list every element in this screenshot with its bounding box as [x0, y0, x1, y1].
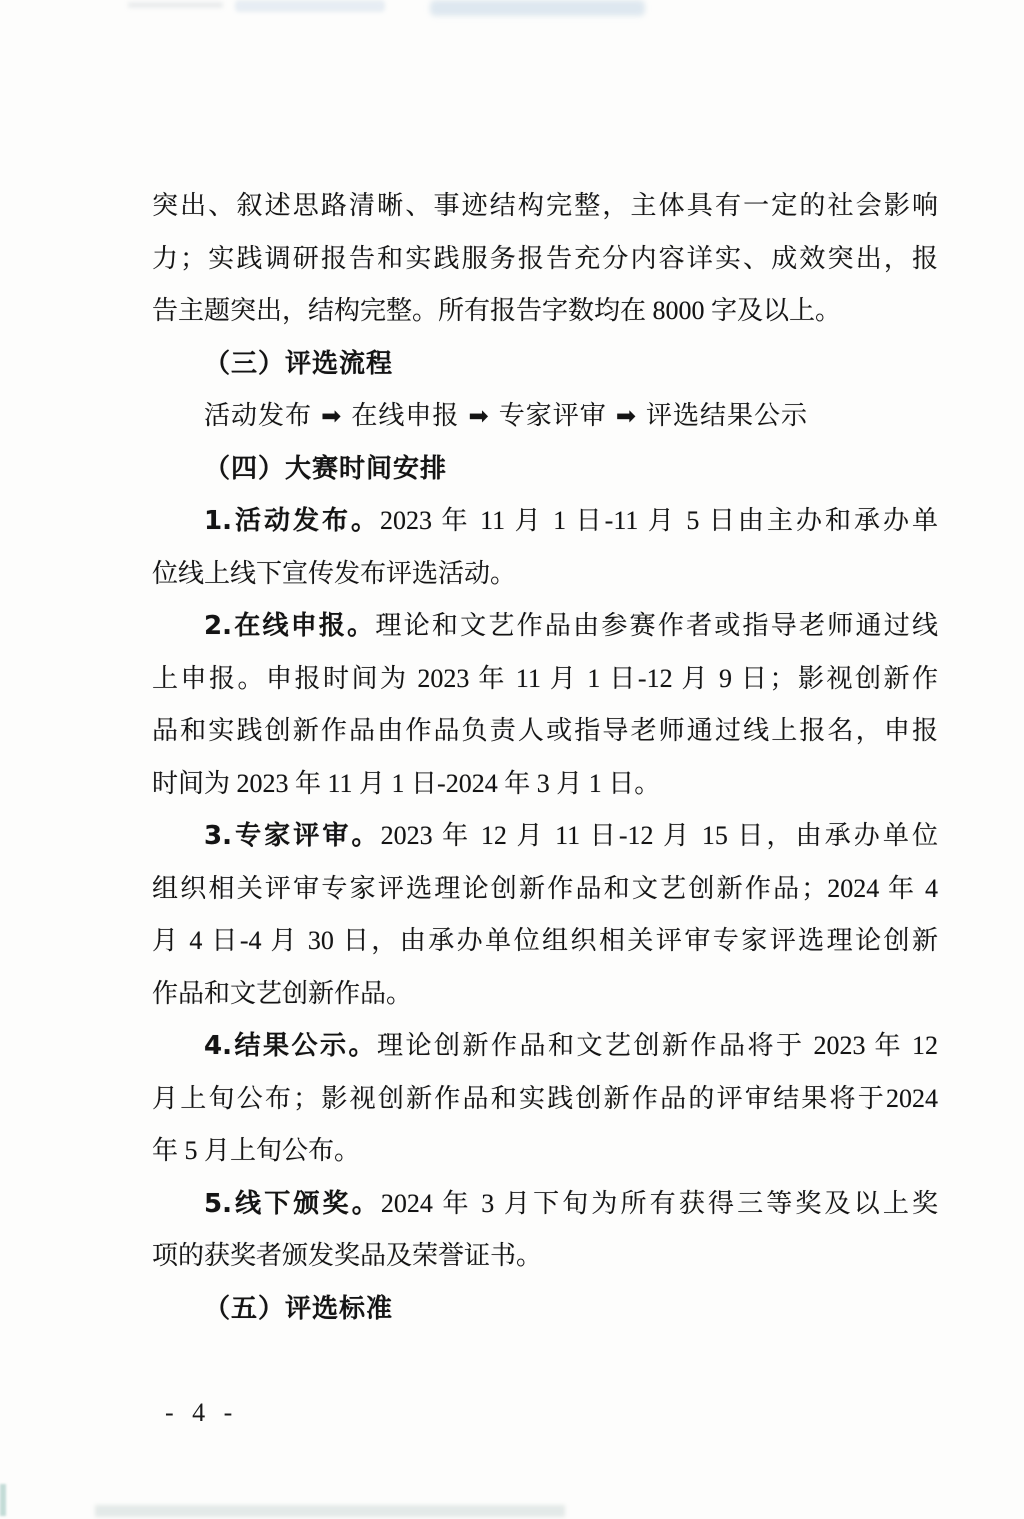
body-text: 告主题突出，结构完整。所有报告字数均在 8000 字及以上。 — [152, 296, 841, 325]
body-line: 5.线下颁奖。2024 年 3 月下旬为所有获得三等奖及以上奖 — [152, 1178, 938, 1231]
body-text: 位线上线下宣传发布评选活动。 — [152, 559, 516, 588]
item-number-lead: 5.线下颁奖。 — [204, 1189, 381, 1219]
selection-process-flow: 活动发布➡在线申报➡专家评审➡评选结果公示 — [152, 390, 938, 443]
body-line: 力；实践调研报告和实践服务报告充分内容详实、成效突出，报 — [152, 233, 938, 286]
item-number-lead: 3.专家评审。 — [204, 821, 381, 851]
arrow-right-icon: ➡ — [468, 402, 489, 430]
heading-section-5: （五）评选标准 — [152, 1283, 938, 1336]
scan-artifact-top — [430, 0, 645, 16]
heading-section-3: （三）评选流程 — [152, 338, 938, 391]
scan-artifact-bottom — [95, 1505, 565, 1517]
body-text: 月上旬公布；影视创新作品和实践创新作品的评审结果将于2024 — [152, 1084, 938, 1113]
body-line: 4.结果公示。理论创新作品和文艺创新作品将于 2023 年 12 — [152, 1020, 938, 1073]
body-line: 时间为 2023 年 11 月 1 日-2024 年 3 月 1 日。 — [152, 758, 938, 811]
body-text: 2024 年 3 月下旬为所有获得三等奖及以上奖 — [381, 1189, 938, 1218]
scan-artifact-top — [128, 2, 223, 8]
body-text: 时间为 2023 年 11 月 1 日-2024 年 3 月 1 日。 — [152, 769, 660, 798]
body-line: 月 4 日-4 月 30 日，由承办单位组织相关评审专家评选理论创新 — [152, 915, 938, 968]
body-text: 上申报。申报时间为 2023 年 11 月 1 日-12 月 9 日；影视创新作 — [152, 664, 938, 693]
flow-step: 专家评审 — [499, 401, 607, 430]
body-text: 项的获奖者颁发奖品及荣誉证书。 — [152, 1241, 542, 1270]
flow-step: 在线申报 — [351, 401, 459, 430]
body-line: 作品和文艺创新作品。 — [152, 968, 938, 1021]
item-number-lead: 4.结果公示。 — [204, 1031, 377, 1061]
heading-text: （五）评选标准 — [204, 1294, 393, 1324]
item-number-lead: 1.活动发布。 — [204, 506, 380, 536]
document-page: 突出、叙述思路清晰、事迹结构完整，主体具有一定的社会影响 力；实践调研报告和实践… — [0, 0, 1024, 1519]
body-line: 3.专家评审。2023 年 12 月 11 日-12 月 15 日，由承办单位 — [152, 810, 938, 863]
arrow-right-icon: ➡ — [321, 402, 342, 430]
document-body: 突出、叙述思路清晰、事迹结构完整，主体具有一定的社会影响 力；实践调研报告和实践… — [152, 180, 938, 1335]
body-line: 上申报。申报时间为 2023 年 11 月 1 日-12 月 9 日；影视创新作 — [152, 653, 938, 706]
body-line: 项的获奖者颁发奖品及荣誉证书。 — [152, 1230, 938, 1283]
body-line: 2.在线申报。理论和文艺作品由参赛作者或指导老师通过线 — [152, 600, 938, 653]
body-text: 突出、叙述思路清晰、事迹结构完整，主体具有一定的社会影响 — [152, 191, 938, 220]
arrow-right-icon: ➡ — [616, 402, 637, 430]
body-text: 组织相关评审专家评选理论创新作品和文艺创新作品；2024 年 4 — [152, 874, 938, 903]
body-text: 理论创新作品和文艺创新作品将于 2023 年 12 — [377, 1031, 938, 1060]
body-line: 年 5 月上旬公布。 — [152, 1125, 938, 1178]
scan-artifact-top — [235, 0, 385, 12]
body-line: 突出、叙述思路清晰、事迹结构完整，主体具有一定的社会影响 — [152, 180, 938, 233]
body-text: 2023 年 12 月 11 日-12 月 15 日，由承办单位 — [381, 821, 938, 850]
body-line: 位线上线下宣传发布评选活动。 — [152, 548, 938, 601]
body-text: 作品和文艺创新作品。 — [152, 979, 412, 1008]
body-text: 品和实践创新作品由作品负责人或指导老师通过线上报名，申报 — [152, 716, 938, 745]
scan-artifact-bottom — [0, 1484, 6, 1516]
body-text: 理论和文艺作品由参赛作者或指导老师通过线 — [375, 611, 938, 640]
heading-text: （四）大赛时间安排 — [204, 454, 447, 484]
body-line: 1.活动发布。2023 年 11 月 1 日-11 月 5 日由主办和承办单 — [152, 495, 938, 548]
item-number-lead: 2.在线申报。 — [204, 611, 375, 641]
body-text: 力；实践调研报告和实践服务报告充分内容详实、成效突出，报 — [152, 244, 938, 273]
heading-section-4: （四）大赛时间安排 — [152, 443, 938, 496]
body-text: 月 4 日-4 月 30 日，由承办单位组织相关评审专家评选理论创新 — [152, 926, 938, 955]
flow-step: 活动发布 — [204, 401, 312, 430]
body-text: 2023 年 11 月 1 日-11 月 5 日由主办和承办单 — [380, 506, 938, 535]
page-number: - 4 - — [165, 1398, 238, 1428]
body-line: 月上旬公布；影视创新作品和实践创新作品的评审结果将于2024 — [152, 1073, 938, 1126]
body-line: 品和实践创新作品由作品负责人或指导老师通过线上报名，申报 — [152, 705, 938, 758]
flow-step: 评选结果公示 — [646, 401, 808, 430]
heading-text: （三）评选流程 — [204, 349, 393, 379]
body-text: 年 5 月上旬公布。 — [152, 1136, 360, 1165]
body-line: 组织相关评审专家评选理论创新作品和文艺创新作品；2024 年 4 — [152, 863, 938, 916]
body-line: 告主题突出，结构完整。所有报告字数均在 8000 字及以上。 — [152, 285, 938, 338]
